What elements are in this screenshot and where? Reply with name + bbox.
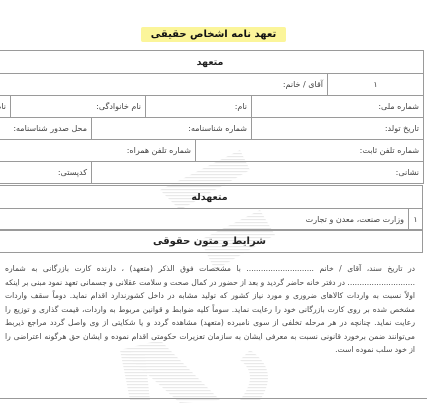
obligor-table: متعهد ۱ آقای / خانم: شماره ملی: نام: نام… bbox=[0, 50, 424, 184]
father-name-field: نام پدر: bbox=[0, 96, 11, 118]
obligee-value: وزارت صنعت، معدن و تجارت bbox=[0, 209, 409, 231]
landline-field: شماره تلفن ثابت: bbox=[196, 140, 424, 162]
obligor-phone-row: شماره تلفن ثابت: شماره تلفن همراه: bbox=[0, 140, 424, 162]
terms-table: شرایط و متون حقوقی bbox=[0, 229, 423, 253]
document-page: تعهد نامه اشخاص حقیقی متعهد ۱ آقای / خان… bbox=[0, 0, 427, 403]
last-name-field: نام خانوادگی: bbox=[11, 96, 146, 118]
terms-heading: شرایط و متون حقوقی bbox=[0, 230, 423, 253]
national-id-field: شماره ملی: bbox=[252, 96, 424, 118]
terms-heading-row: شرایط و متون حقوقی bbox=[0, 230, 423, 253]
mobile-field: شماره تلفن همراه: bbox=[0, 140, 196, 162]
row-number: ۱ bbox=[409, 209, 423, 231]
id-number-field: شماره شناسنامه: bbox=[92, 118, 252, 140]
obligee-heading-row: متعهدله bbox=[0, 186, 423, 209]
obligor-identity-row: شماره ملی: نام: نام خانوادگی: نام پدر: bbox=[0, 96, 424, 118]
obligor-address-row: نشانی: کدپستی: bbox=[0, 162, 424, 184]
birth-date-field: تاریخ تولد: bbox=[252, 118, 424, 140]
id-issue-place-field: محل صدور شناسنامه: bbox=[0, 118, 92, 140]
obligee-heading: متعهدله bbox=[0, 186, 423, 209]
obligor-name-field: آقای / خانم: bbox=[0, 74, 328, 96]
postal-code-field: کدپستی: bbox=[0, 162, 92, 184]
row-number: ۱ bbox=[328, 74, 424, 96]
obligor-heading-row: متعهد bbox=[0, 51, 424, 74]
obligor-heading: متعهد bbox=[0, 51, 424, 74]
title-wrapper: تعهد نامه اشخاص حقیقی bbox=[0, 22, 427, 42]
obligee-table: متعهدله ۱ وزارت صنعت، معدن و تجارت bbox=[0, 185, 423, 231]
terms-paragraph: در تاریخ سند، آقای / خانم ..............… bbox=[5, 262, 415, 357]
document-title: تعهد نامه اشخاص حقیقی bbox=[141, 27, 286, 42]
obligor-birth-row: تاریخ تولد: شماره شناسنامه: محل صدور شنا… bbox=[0, 118, 424, 140]
terms-body: در تاریخ سند، آقای / خانم ..............… bbox=[5, 262, 415, 357]
obligee-row: ۱ وزارت صنعت، معدن و تجارت bbox=[0, 209, 423, 231]
bottom-border bbox=[0, 398, 427, 399]
first-name-field: نام: bbox=[146, 96, 252, 118]
obligor-name-row: ۱ آقای / خانم: bbox=[0, 74, 424, 96]
address-field: نشانی: bbox=[92, 162, 424, 184]
